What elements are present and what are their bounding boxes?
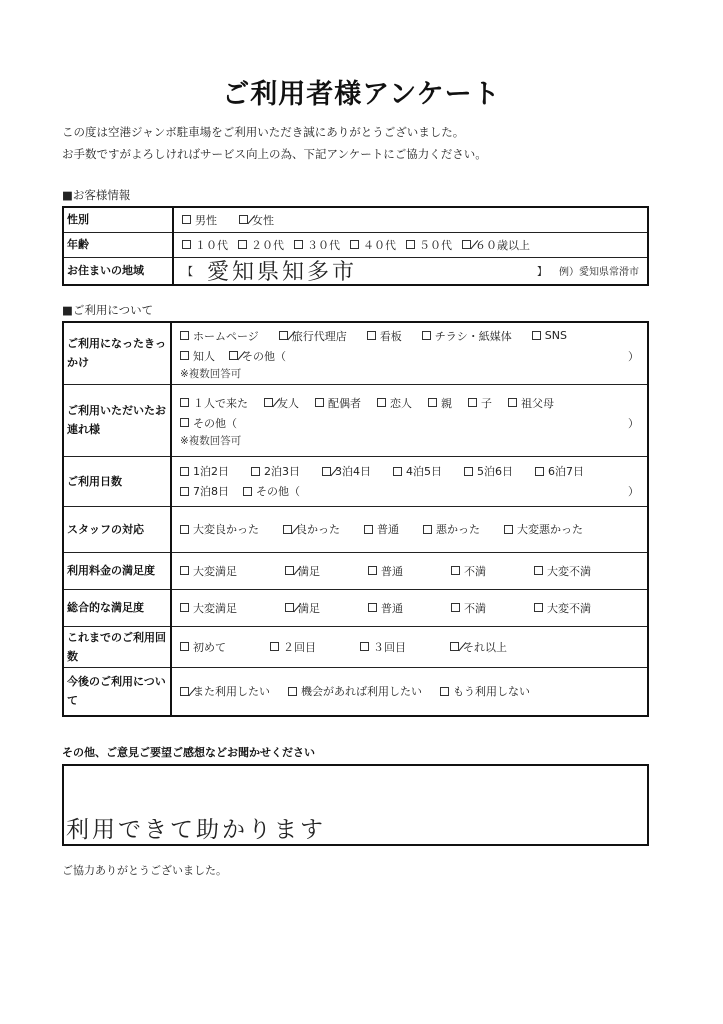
remarks-textarea[interactable]: 利用できて助かります: [62, 764, 649, 846]
days-options: 1泊2日2泊3日3泊4日4泊5日5泊6日6泊7日 7泊8日その他（ ）: [171, 456, 648, 506]
checkbox-option[interactable]: 普通: [368, 600, 403, 616]
checkbox-icon[interactable]: [364, 525, 373, 534]
trigger-options: ホームページ旅行代理店看板チラシ・紙媒体SNS 知人その他（ ） ※複数回答可: [171, 322, 648, 384]
checkbox-option[interactable]: ４０代: [350, 237, 396, 253]
trigger-label: ご利用になったきっかけ: [63, 322, 171, 384]
checkbox-option[interactable]: 7泊8日: [180, 483, 229, 499]
checkbox-label: 大変悪かった: [517, 521, 583, 537]
checkbox-icon[interactable]: [535, 467, 544, 476]
checkbox-icon[interactable]: [180, 418, 189, 427]
checkbox-option[interactable]: 普通: [368, 563, 403, 579]
intro-line-2: お手数ですがよろしければサービス向上の為、下記アンケートにご協力ください。: [62, 146, 487, 162]
checkbox-label: ６０歳以上: [475, 237, 530, 253]
checkbox-option[interactable]: 大変不満: [534, 600, 591, 616]
checkbox-label: ５０代: [419, 237, 452, 253]
row-companions: ご利用いただいたお連れ様 １人で来た友人配偶者恋人親子祖父母 その他（ ） ※複…: [63, 384, 648, 456]
checkbox-icon[interactable]: [180, 331, 189, 340]
checkbox-icon[interactable]: [422, 331, 431, 340]
checkbox-label: その他（: [193, 415, 237, 431]
checkbox-label: 男性: [195, 212, 217, 228]
checkbox-option[interactable]: ５０代: [406, 237, 452, 253]
checkbox-label: 満足: [298, 600, 320, 616]
checkbox-option[interactable]: 初めて: [180, 639, 226, 655]
checkbox-option[interactable]: 配偶者: [315, 395, 361, 411]
checkbox-icon[interactable]: [294, 240, 303, 249]
checkbox-checked-icon[interactable]: [450, 642, 459, 651]
checkbox-option[interactable]: 大変悪かった: [504, 521, 583, 537]
checkbox-label: 悪かった: [436, 521, 480, 537]
checkbox-label: 女性: [252, 212, 274, 228]
checkbox-option[interactable]: 子: [468, 395, 492, 411]
checkbox-checked-icon[interactable]: [239, 215, 248, 224]
age-options: １０代２０代３０代４０代５０代６０歳以上: [173, 232, 648, 257]
checkbox-label: 普通: [381, 563, 403, 579]
checkbox-option[interactable]: １０代: [182, 237, 228, 253]
visits-label: これまでのご利用回数: [63, 626, 171, 667]
row-overall: 総合的な満足度 大変満足満足普通不満大変不満: [63, 589, 648, 626]
checkbox-icon[interactable]: [451, 603, 460, 612]
checkbox-icon[interactable]: [406, 240, 415, 249]
checkbox-label: ２０代: [251, 237, 284, 253]
residence-example: 例）愛知県常滑市: [559, 263, 639, 278]
checkbox-option[interactable]: 良かった: [283, 521, 340, 537]
checkbox-option[interactable]: 6泊7日: [535, 463, 584, 479]
checkbox-option[interactable]: それ以上: [450, 639, 507, 655]
checkbox-icon[interactable]: [367, 331, 376, 340]
checkbox-label: 2泊3日: [264, 463, 300, 479]
checkbox-option[interactable]: ２回目: [270, 639, 316, 655]
companions-options: １人で来た友人配偶者恋人親子祖父母 その他（ ） ※複数回答可: [171, 384, 648, 456]
checkbox-label: また利用したい: [193, 683, 270, 699]
checkbox-label: 初めて: [193, 639, 226, 655]
checkbox-icon[interactable]: [350, 240, 359, 249]
checkbox-icon[interactable]: [377, 398, 386, 407]
row-residence: お住まいの地域 【 愛知県知多市 】 例）愛知県常滑市: [63, 257, 648, 285]
intro-line-1: この度は空港ジャンボ駐車場をご利用いただき誠にありがとうございました。: [62, 124, 464, 140]
checkbox-icon[interactable]: [180, 603, 189, 612]
days-label: ご利用日数: [63, 456, 171, 506]
close-bracket: 】: [537, 263, 547, 278]
checkbox-label: 1泊2日: [193, 463, 229, 479]
checkbox-checked-icon[interactable]: [322, 467, 331, 476]
gender-label: 性別: [63, 207, 173, 232]
checkbox-label: 3泊4日: [335, 463, 371, 479]
staff-label: スタッフの対応: [63, 506, 171, 552]
checkbox-checked-icon[interactable]: [279, 331, 288, 340]
multi-answer-note: ※複数回答可: [180, 366, 639, 381]
residence-field: 【 愛知県知多市 】 例）愛知県常滑市: [173, 257, 648, 285]
open-bracket: 【: [182, 263, 193, 279]
checkbox-icon[interactable]: [504, 525, 513, 534]
close-paren: ）: [628, 415, 639, 431]
checkbox-icon[interactable]: [180, 525, 189, 534]
checkbox-option[interactable]: 機会があれば利用したい: [288, 683, 422, 699]
row-price: 利用料金の満足度 大変満足満足普通不満大変不満: [63, 552, 648, 589]
checkbox-icon[interactable]: [288, 687, 297, 696]
checkbox-checked-icon[interactable]: [264, 398, 273, 407]
checkbox-option[interactable]: 不満: [451, 563, 486, 579]
checkbox-label: 普通: [377, 521, 399, 537]
checkbox-label: １人で来た: [193, 395, 248, 411]
checkbox-label: 機会があれば利用したい: [301, 683, 422, 699]
checkbox-option[interactable]: 満足: [285, 563, 320, 579]
checkbox-icon[interactable]: [180, 566, 189, 575]
checkbox-icon[interactable]: [180, 351, 189, 360]
checkbox-option[interactable]: 普通: [364, 521, 399, 537]
checkbox-icon[interactable]: [180, 642, 189, 651]
price-label: 利用料金の満足度: [63, 552, 171, 589]
checkbox-icon[interactable]: [238, 240, 247, 249]
checkbox-option[interactable]: 4泊5日: [393, 463, 442, 479]
checkbox-icon[interactable]: [243, 487, 252, 496]
checkbox-option[interactable]: 旅行代理店: [279, 328, 347, 344]
checkbox-label: 不満: [464, 600, 486, 616]
checkbox-option[interactable]: 2泊3日: [251, 463, 300, 479]
checkbox-option[interactable]: もう利用しない: [440, 683, 530, 699]
remarks-value: 利用できて助かります: [66, 811, 326, 844]
checkbox-icon[interactable]: [464, 467, 473, 476]
remarks-heading: その他、ご意見ご要望ご感想などお聞かせください: [62, 744, 315, 760]
close-paren: ）: [628, 348, 639, 364]
checkbox-checked-icon[interactable]: [285, 566, 294, 575]
checkbox-icon[interactable]: [360, 642, 369, 651]
checkbox-label: 旅行代理店: [292, 328, 347, 344]
checkbox-icon[interactable]: [393, 467, 402, 476]
gender-options: 男性女性: [173, 207, 648, 232]
checkbox-icon[interactable]: [428, 398, 437, 407]
checkbox-icon[interactable]: [182, 240, 191, 249]
checkbox-label: 普通: [381, 600, 403, 616]
checkbox-option[interactable]: 恋人: [377, 395, 412, 411]
checkbox-label: １０代: [195, 237, 228, 253]
checkbox-option[interactable]: 友人: [264, 395, 299, 411]
checkbox-option[interactable]: 悪かった: [423, 521, 480, 537]
close-paren: ）: [628, 483, 639, 499]
checkbox-option[interactable]: 大変良かった: [180, 521, 259, 537]
checkbox-checked-icon[interactable]: [283, 525, 292, 534]
checkbox-option[interactable]: その他（: [180, 415, 237, 431]
checkbox-option[interactable]: 5泊6日: [464, 463, 513, 479]
checkbox-label: それ以上: [463, 639, 507, 655]
checkbox-checked-icon[interactable]: [180, 687, 189, 696]
row-days: ご利用日数 1泊2日2泊3日3泊4日4泊5日5泊6日6泊7日 7泊8日その他（ …: [63, 456, 648, 506]
checkbox-label: 大変満足: [193, 600, 237, 616]
checkbox-label: ２回目: [283, 639, 316, 655]
checkbox-label: チラシ・紙媒体: [435, 328, 512, 344]
customer-info-table: 性別 男性女性 年齢 １０代２０代３０代４０代５０代６０歳以上 お住まいの地域 …: [62, 206, 649, 286]
checkbox-label: 祖父母: [521, 395, 554, 411]
checkbox-label: ３回目: [373, 639, 406, 655]
checkbox-option[interactable]: 満足: [285, 600, 320, 616]
checkbox-label: 6泊7日: [548, 463, 584, 479]
section-heading-customer-info: ■お客様情報: [62, 187, 130, 203]
checkbox-option[interactable]: 親: [428, 395, 452, 411]
checkbox-label: もう利用しない: [453, 683, 530, 699]
checkbox-option[interactable]: ３回目: [360, 639, 406, 655]
checkbox-checked-icon[interactable]: [229, 351, 238, 360]
checkbox-icon[interactable]: [182, 215, 191, 224]
checkbox-option[interactable]: その他（: [243, 483, 300, 499]
checkbox-label: SNS: [545, 329, 567, 342]
checkbox-checked-icon[interactable]: [462, 240, 471, 249]
checkbox-option[interactable]: その他（: [229, 348, 286, 364]
age-label: 年齢: [63, 232, 173, 257]
checkbox-label: 知人: [193, 348, 215, 364]
checkbox-icon[interactable]: [508, 398, 517, 407]
checkbox-option[interactable]: ホームページ: [180, 328, 259, 344]
checkbox-label: 友人: [277, 395, 299, 411]
multi-answer-note: ※複数回答可: [180, 433, 639, 448]
checkbox-option[interactable]: ３０代: [294, 237, 340, 253]
residence-input[interactable]: 愛知県知多市: [207, 255, 357, 286]
row-age: 年齢 １０代２０代３０代４０代５０代６０歳以上: [63, 232, 648, 257]
checkbox-icon[interactable]: [368, 566, 377, 575]
checkbox-checked-icon[interactable]: [285, 603, 294, 612]
checkbox-label: 不満: [464, 563, 486, 579]
checkbox-option[interactable]: 1泊2日: [180, 463, 229, 479]
page-title: ご利用者様アンケート: [0, 72, 723, 111]
checkbox-label: 4泊5日: [406, 463, 442, 479]
checkbox-label: 5泊6日: [477, 463, 513, 479]
checkbox-label: 良かった: [296, 521, 340, 537]
checkbox-label: 大変不満: [547, 600, 591, 616]
checkbox-label: 7泊8日: [193, 483, 229, 499]
residence-label: お住まいの地域: [63, 257, 173, 285]
checkbox-option[interactable]: また利用したい: [180, 683, 270, 699]
checkbox-option[interactable]: 大変満足: [180, 563, 237, 579]
row-gender: 性別 男性女性: [63, 207, 648, 232]
overall-label: 総合的な満足度: [63, 589, 171, 626]
checkbox-icon[interactable]: [423, 525, 432, 534]
thanks-text: ご協力ありがとうございました。: [62, 862, 227, 878]
checkbox-option[interactable]: 知人: [180, 348, 215, 364]
checkbox-option[interactable]: 看板: [367, 328, 402, 344]
checkbox-option[interactable]: １人で来た: [180, 395, 248, 411]
checkbox-label: ４０代: [363, 237, 396, 253]
checkbox-icon[interactable]: [534, 603, 543, 612]
checkbox-icon[interactable]: [451, 566, 460, 575]
checkbox-label: ホームページ: [193, 328, 259, 344]
row-staff: スタッフの対応 大変良かった良かった普通悪かった大変悪かった: [63, 506, 648, 552]
checkbox-label: 子: [481, 395, 492, 411]
section-heading-usage: ■ご利用について: [62, 302, 153, 318]
checkbox-icon[interactable]: [270, 642, 279, 651]
checkbox-label: その他（: [256, 483, 300, 499]
usage-table: ご利用になったきっかけ ホームページ旅行代理店看板チラシ・紙媒体SNS 知人その…: [62, 321, 649, 717]
checkbox-icon[interactable]: [534, 566, 543, 575]
future-label: 今後のご利用について: [63, 667, 171, 716]
checkbox-label: その他（: [242, 348, 286, 364]
checkbox-option[interactable]: 3泊4日: [322, 463, 371, 479]
checkbox-icon[interactable]: [368, 603, 377, 612]
checkbox-icon[interactable]: [180, 467, 189, 476]
checkbox-icon[interactable]: [440, 687, 449, 696]
checkbox-label: 大変満足: [193, 563, 237, 579]
checkbox-icon[interactable]: [468, 398, 477, 407]
checkbox-option[interactable]: ６０歳以上: [462, 237, 530, 253]
checkbox-label: 配偶者: [328, 395, 361, 411]
checkbox-label: 大変良かった: [193, 521, 259, 537]
row-trigger: ご利用になったきっかけ ホームページ旅行代理店看板チラシ・紙媒体SNS 知人その…: [63, 322, 648, 384]
companions-label: ご利用いただいたお連れ様: [63, 384, 171, 456]
row-visits: これまでのご利用回数 初めて２回目３回目それ以上: [63, 626, 648, 667]
checkbox-option[interactable]: SNS: [532, 329, 567, 342]
checkbox-option[interactable]: 大変満足: [180, 600, 237, 616]
checkbox-icon[interactable]: [180, 487, 189, 496]
checkbox-option[interactable]: 男性: [182, 212, 217, 228]
checkbox-icon[interactable]: [315, 398, 324, 407]
checkbox-option[interactable]: 女性: [239, 212, 274, 228]
checkbox-label: ３０代: [307, 237, 340, 253]
checkbox-icon[interactable]: [180, 398, 189, 407]
checkbox-label: 親: [441, 395, 452, 411]
checkbox-icon[interactable]: [251, 467, 260, 476]
checkbox-label: 看板: [380, 328, 402, 344]
checkbox-label: 恋人: [390, 395, 412, 411]
checkbox-icon[interactable]: [532, 331, 541, 340]
row-future: 今後のご利用について また利用したい機会があれば利用したいもう利用しない: [63, 667, 648, 716]
checkbox-option[interactable]: 祖父母: [508, 395, 554, 411]
checkbox-option[interactable]: ２０代: [238, 237, 284, 253]
checkbox-option[interactable]: チラシ・紙媒体: [422, 328, 512, 344]
checkbox-option[interactable]: 不満: [451, 600, 486, 616]
checkbox-label: 大変不満: [547, 563, 591, 579]
checkbox-label: 満足: [298, 563, 320, 579]
checkbox-option[interactable]: 大変不満: [534, 563, 591, 579]
